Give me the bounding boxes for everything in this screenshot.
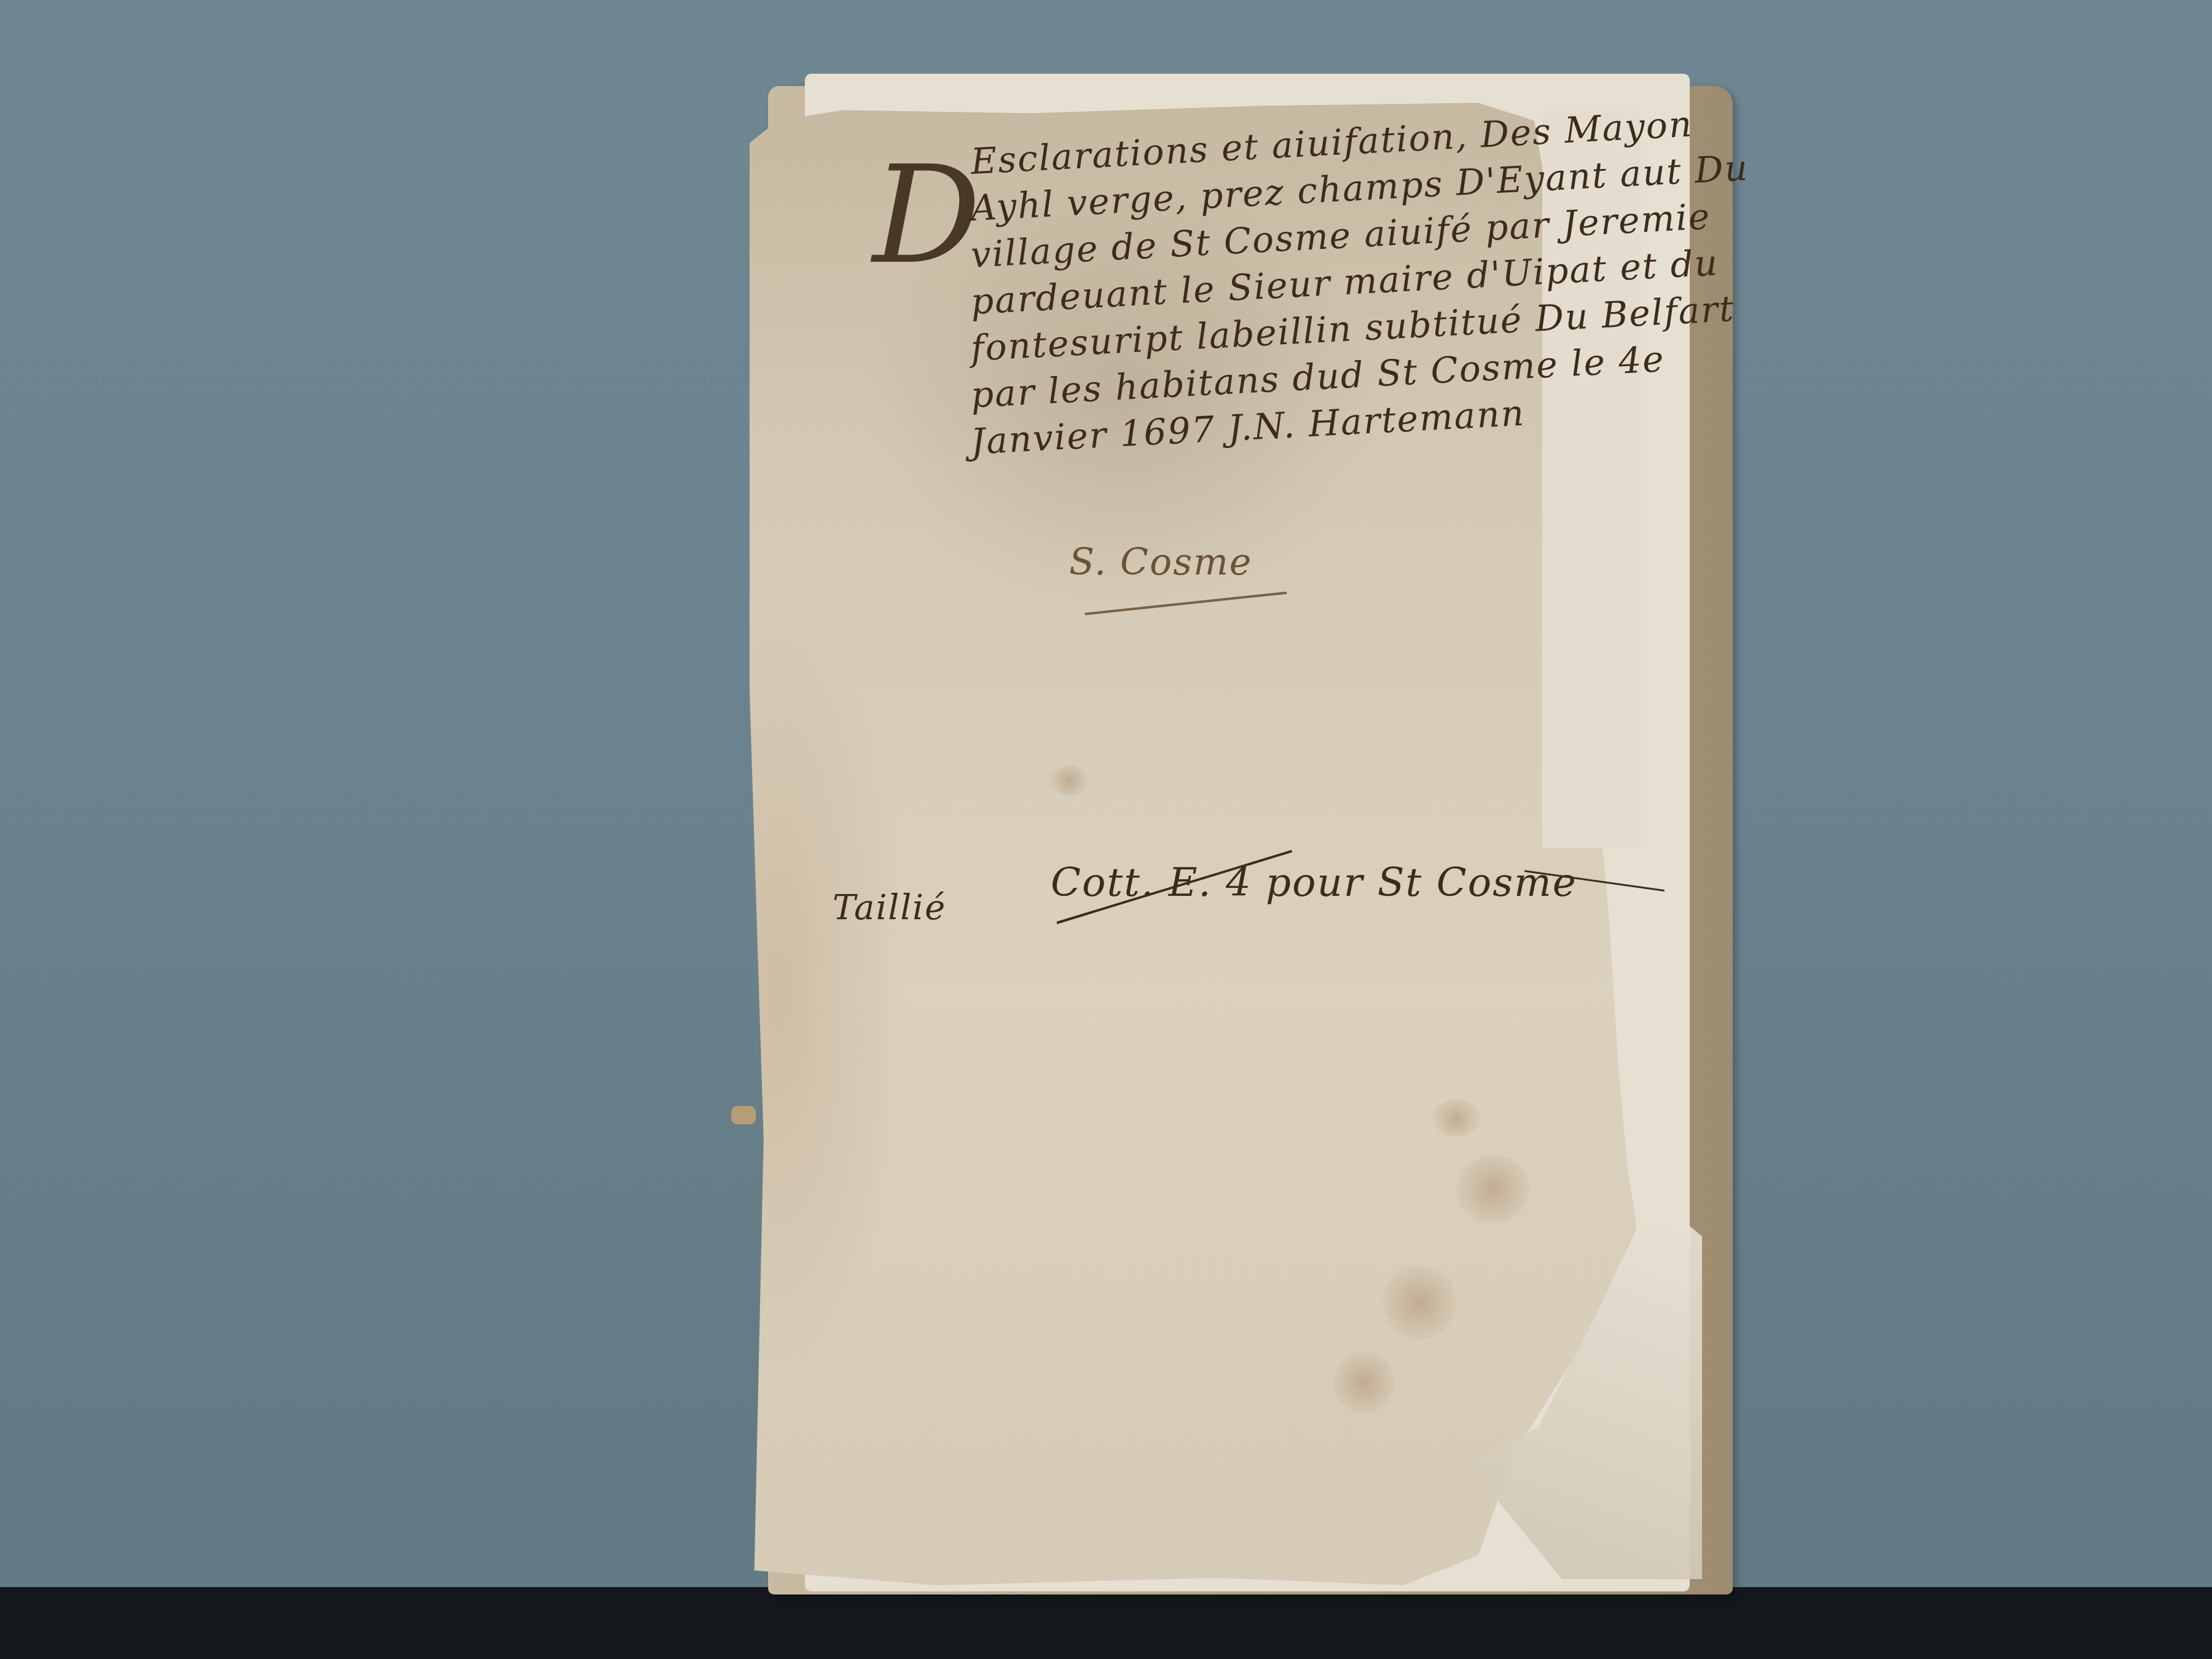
water-stain: [1456, 1155, 1530, 1223]
water-stain: [1333, 1352, 1395, 1413]
heading-initial: D: [873, 147, 981, 283]
heading-text-block: Esclarations et aiuifation, Des Mayon Ay…: [971, 138, 1647, 465]
shelf-base: [0, 1587, 2212, 1659]
ink-blot: [1051, 765, 1088, 796]
title-label: S. Cosme: [1069, 541, 1252, 584]
water-stain: [1432, 1100, 1481, 1137]
margin-label: Taillié: [833, 888, 946, 928]
binding-thread: [731, 1106, 756, 1124]
water-stain: [1382, 1266, 1456, 1339]
